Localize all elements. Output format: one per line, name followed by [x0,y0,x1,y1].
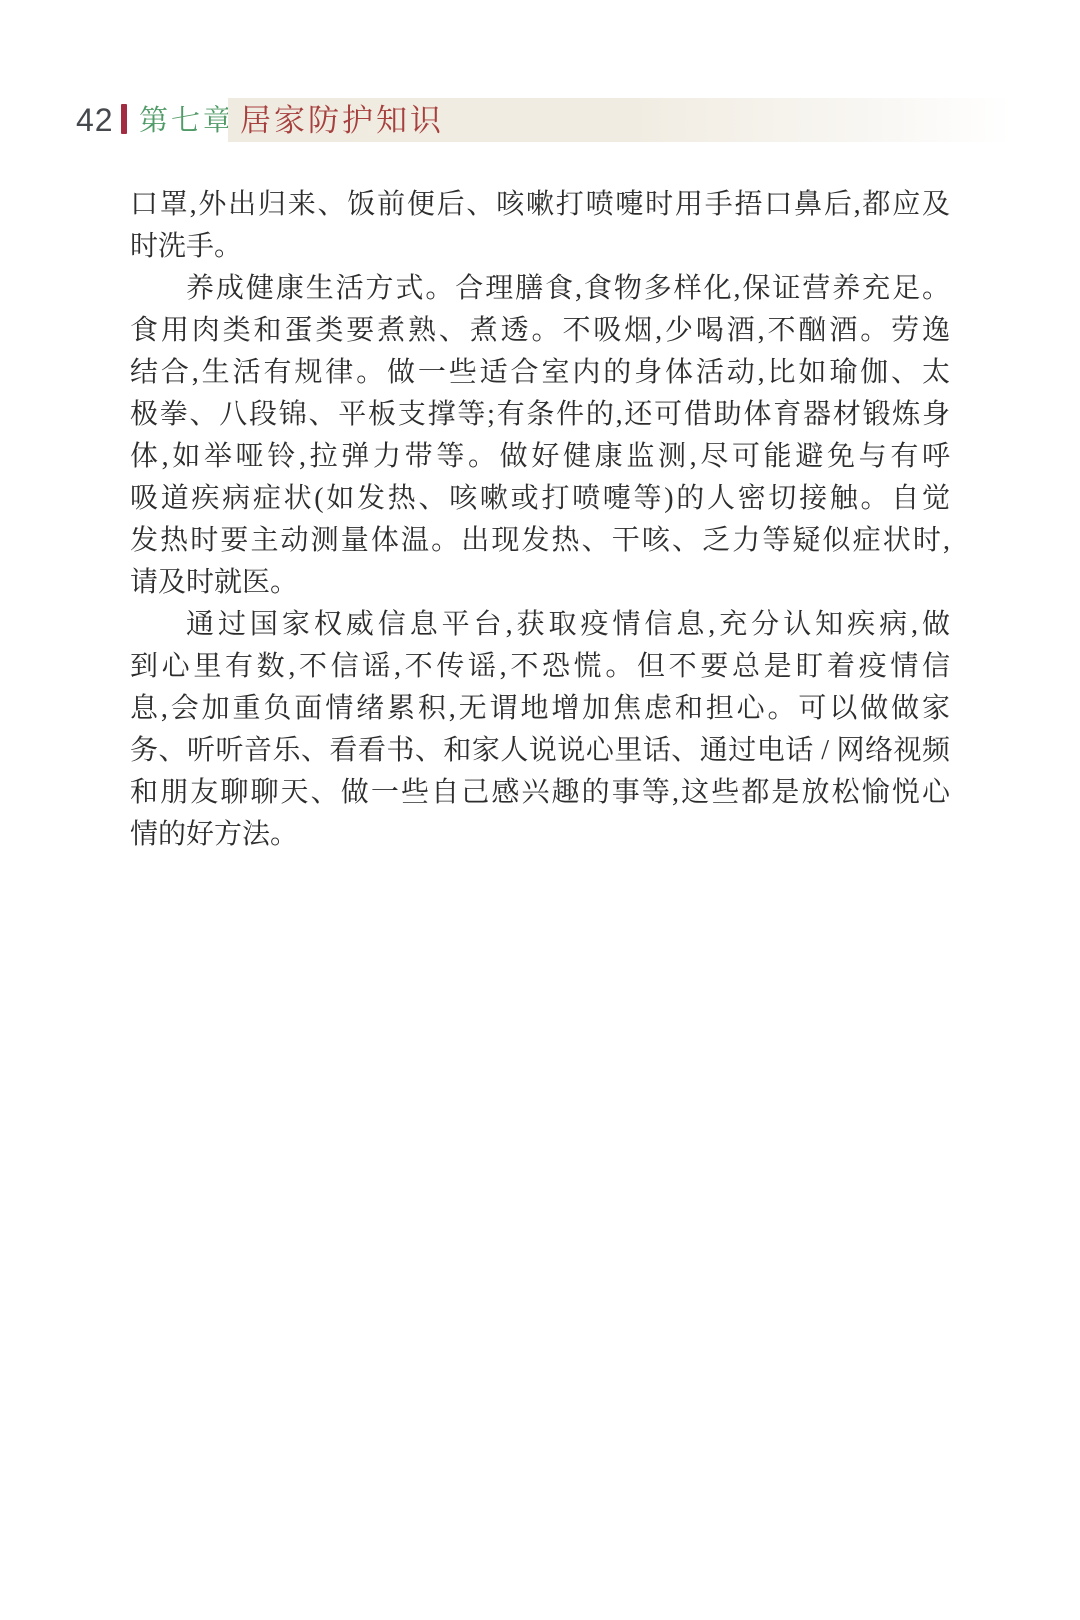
text-line: 通过国家权威信息平台,获取疫情信息,充分认知疾病,做 [130,604,950,646]
body-text: 口罩,外出归来、饭前便后、咳嗽打喷嚏时用手捂口鼻后,都应及时洗手。养成健康生活方… [130,184,950,856]
page-header: 42 第七章 居家防护知识 [0,98,1080,144]
text-line: 和朋友聊聊天、做一些自己感兴趣的事等,这些都是放松愉悦心 [130,772,950,814]
text-line: 到心里有数,不信谣,不传谣,不恐慌。但不要总是盯着疫情信 [130,646,950,688]
book-page: 42 第七章 居家防护知识 口罩,外出归来、饭前便后、咳嗽打喷嚏时用手捂口鼻后,… [0,0,1080,1620]
header-divider-bar [121,104,127,134]
page-number: 42 [76,100,114,140]
text-line: 吸道疾病症状(如发热、咳嗽或打喷嚏等)的人密切接触。自觉 [130,478,950,520]
text-line: 请及时就医。 [130,562,950,604]
chapter-label: 第七章 [139,103,235,139]
paragraph: 养成健康生活方式。合理膳食,食物多样化,保证营养充足。食用肉类和蛋类要煮熟、煮透… [130,268,950,604]
paragraph: 通过国家权威信息平台,获取疫情信息,充分认知疾病,做到心里有数,不信谣,不传谣,… [130,604,950,856]
paragraph: 口罩,外出归来、饭前便后、咳嗽打喷嚏时用手捂口鼻后,都应及时洗手。 [130,184,950,268]
text-line: 极拳、八段锦、平板支撑等;有条件的,还可借助体育器材锻炼身 [130,394,950,436]
text-line: 养成健康生活方式。合理膳食,食物多样化,保证营养充足。 [130,268,950,310]
text-line: 结合,生活有规律。做一些适合室内的身体活动,比如瑜伽、太 [130,352,950,394]
text-line: 情的好方法。 [130,814,950,856]
chapter-title: 居家防护知识 [240,103,444,139]
text-line: 息,会加重负面情绪累积,无谓地增加焦虑和担心。可以做做家 [130,688,950,730]
text-line: 体,如举哑铃,拉弹力带等。做好健康监测,尽可能避免与有呼 [130,436,950,478]
text-line: 时洗手。 [130,226,950,268]
text-line: 发热时要主动测量体温。出现发热、干咳、乏力等疑似症状时, [130,520,950,562]
text-line: 口罩,外出归来、饭前便后、咳嗽打喷嚏时用手捂口鼻后,都应及 [130,184,950,226]
text-line: 务、听听音乐、看看书、和家人说说心里话、通过电话 / 网络视频 [130,730,950,772]
text-line: 食用肉类和蛋类要煮熟、煮透。不吸烟,少喝酒,不酗酒。劳逸 [130,310,950,352]
